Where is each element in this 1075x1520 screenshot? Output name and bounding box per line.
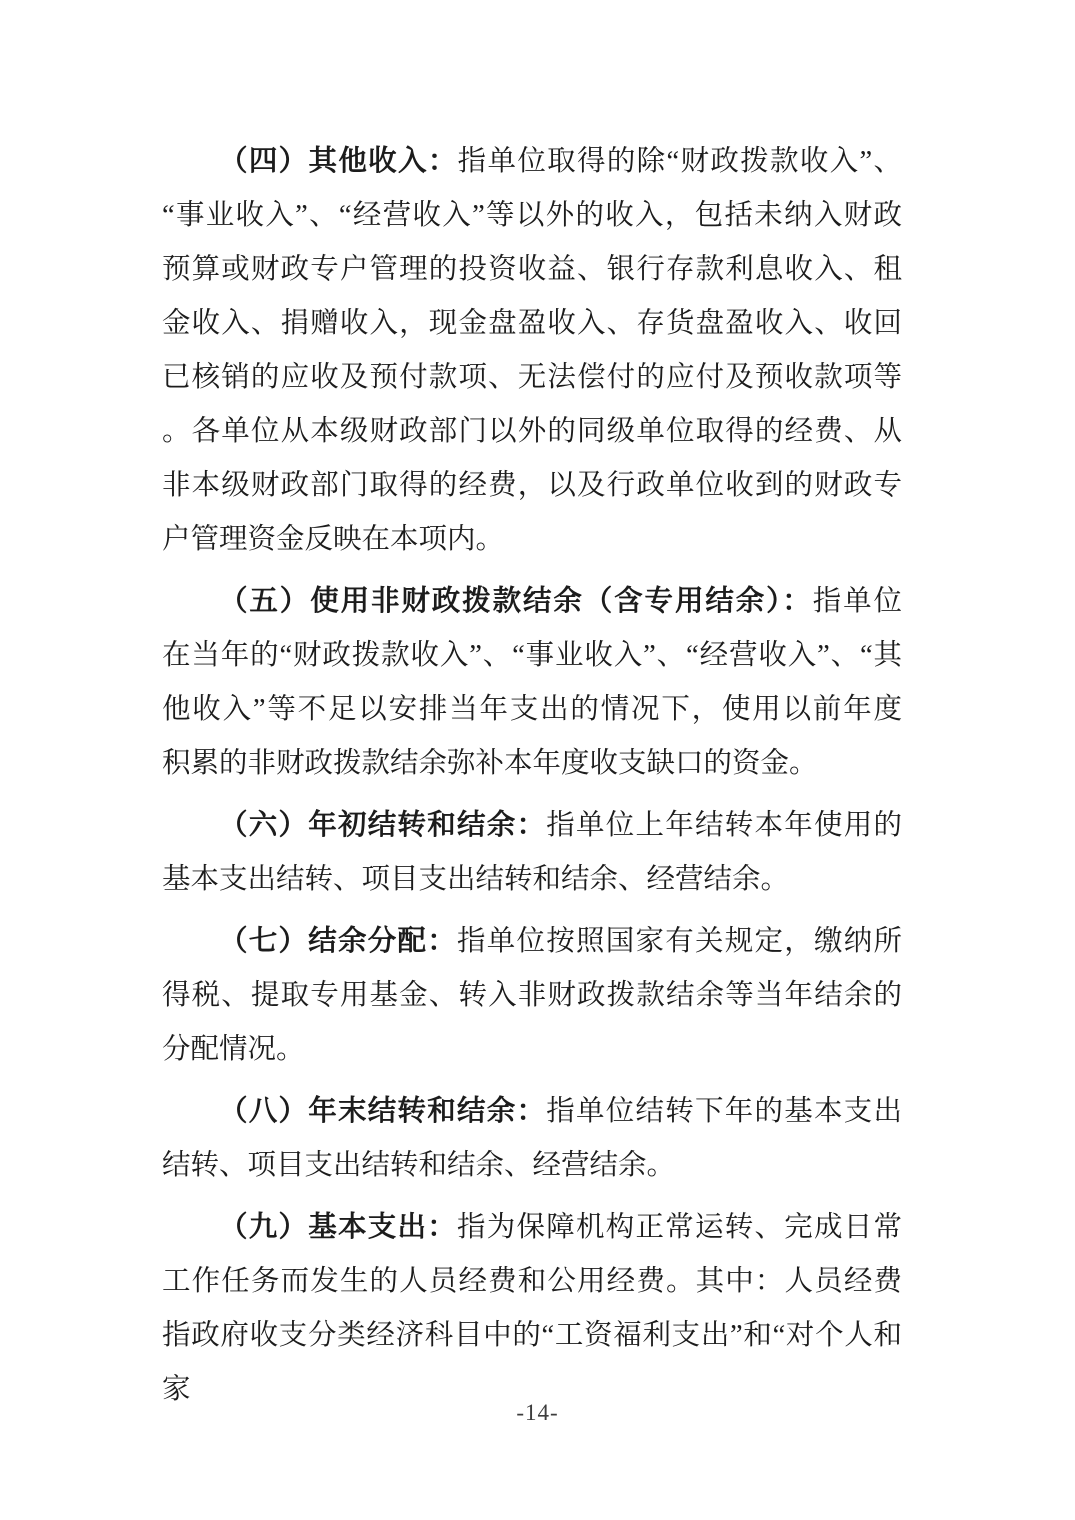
clause-text: 指单位 bbox=[813, 586, 902, 617]
clause-text: 工作任务而发生的人员经费和公用经费。其中：人员经费 bbox=[162, 1266, 902, 1297]
text-line: 指政府收支分类经济科目中的“工资福利支出”和“对个人和 bbox=[162, 1309, 902, 1363]
text-line: 得税、提取专用基金、转入非财政拨款结余等当年结余的 bbox=[162, 969, 902, 1023]
clause-text: 指单位上年结转本年使用的 bbox=[546, 810, 902, 841]
text-line: 预算或财政专户管理的投资收益、银行存款利息收入、租 bbox=[162, 243, 902, 297]
document-body: （四）其他收入：指单位取得的除“财政拨款收入”、“事业收入”、“经营收入”等以外… bbox=[162, 135, 902, 1417]
text-line: 他收入”等不足以安排当年支出的情况下，使用以前年度 bbox=[162, 683, 902, 737]
clause-text: “事业收入”、“经营收入”等以外的收入，包括未纳入财政 bbox=[162, 200, 902, 231]
page-footer: -14- bbox=[0, 1398, 1075, 1428]
clause-text: 非本级财政部门取得的经费，以及行政单位收到的财政专 bbox=[162, 470, 902, 501]
clause-heading: （四）其他收入： bbox=[219, 146, 458, 177]
clause-text: 指单位按照国家有关规定，缴纳所 bbox=[457, 926, 902, 957]
text-line: 。各单位从本级财政部门以外的同级单位取得的经费、从 bbox=[162, 405, 902, 459]
document-page: （四）其他收入：指单位取得的除“财政拨款收入”、“事业收入”、“经营收入”等以外… bbox=[0, 0, 1075, 1520]
clause-text: 基本支出结转、项目支出结转和结余、经营结余。 bbox=[162, 864, 789, 895]
clause-heading: （九）基本支出： bbox=[219, 1212, 457, 1243]
clause-text: 分配情况。 bbox=[162, 1034, 305, 1065]
clause-text: 预算或财政专户管理的投资收益、银行存款利息收入、租 bbox=[162, 254, 902, 285]
clause-text: 户管理资金反映在本项内。 bbox=[162, 524, 504, 555]
text-line: 结转、项目支出结转和结余、经营结余。 bbox=[162, 1139, 902, 1193]
clause-text: 指政府收支分类经济科目中的“工资福利支出”和“对个人和 bbox=[162, 1320, 902, 1351]
clause-text: 在当年的“财政拨款收入”、“事业收入”、“经营收入”、“其 bbox=[162, 640, 902, 671]
text-line: 已核销的应收及预付款项、无法偿付的应付及预收款项等 bbox=[162, 351, 902, 405]
text-line: 基本支出结转、项目支出结转和结余、经营结余。 bbox=[162, 853, 902, 907]
clause-text: 他收入”等不足以安排当年支出的情况下，使用以前年度 bbox=[162, 694, 902, 725]
clause-heading: （五）使用非财政拨款结余（含专用结余）： bbox=[219, 586, 813, 617]
clause-text: 。各单位从本级财政部门以外的同级单位取得的经费、从 bbox=[162, 416, 902, 447]
paragraph: （四）其他收入：指单位取得的除“财政拨款收入”、“事业收入”、“经营收入”等以外… bbox=[162, 135, 902, 567]
text-line: 户管理资金反映在本项内。 bbox=[162, 513, 902, 567]
clause-text: 指单位取得的除“财政拨款收入”、 bbox=[458, 146, 902, 177]
page-number: -14- bbox=[516, 1400, 558, 1425]
text-line: 分配情况。 bbox=[162, 1023, 902, 1077]
text-line: 非本级财政部门取得的经费，以及行政单位收到的财政专 bbox=[162, 459, 902, 513]
text-line: 积累的非财政拨款结余弥补本年度收支缺口的资金。 bbox=[162, 737, 902, 791]
paragraph: （七）结余分配：指单位按照国家有关规定，缴纳所得税、提取专用基金、转入非财政拨款… bbox=[162, 915, 902, 1077]
text-line: （六）年初结转和结余：指单位上年结转本年使用的 bbox=[162, 799, 902, 853]
text-line: 在当年的“财政拨款收入”、“事业收入”、“经营收入”、“其 bbox=[162, 629, 902, 683]
clause-text: 指为保障机构正常运转、完成日常 bbox=[457, 1212, 902, 1243]
text-line: 金收入、捐赠收入，现金盘盈收入、存货盘盈收入、收回 bbox=[162, 297, 902, 351]
text-line: 工作任务而发生的人员经费和公用经费。其中：人员经费 bbox=[162, 1255, 902, 1309]
paragraph: （六）年初结转和结余：指单位上年结转本年使用的基本支出结转、项目支出结转和结余、… bbox=[162, 799, 902, 907]
clause-text: 已核销的应收及预付款项、无法偿付的应付及预收款项等 bbox=[162, 362, 902, 393]
text-line: （九）基本支出：指为保障机构正常运转、完成日常 bbox=[162, 1201, 902, 1255]
text-line: （八）年末结转和结余：指单位结转下年的基本支出 bbox=[162, 1085, 902, 1139]
text-line: “事业收入”、“经营收入”等以外的收入，包括未纳入财政 bbox=[162, 189, 902, 243]
clause-text: 积累的非财政拨款结余弥补本年度收支缺口的资金。 bbox=[162, 748, 818, 779]
clause-heading: （六）年初结转和结余： bbox=[219, 810, 546, 841]
text-line: （四）其他收入：指单位取得的除“财政拨款收入”、 bbox=[162, 135, 902, 189]
clause-text: 结转、项目支出结转和结余、经营结余。 bbox=[162, 1150, 675, 1181]
text-line: （七）结余分配：指单位按照国家有关规定，缴纳所 bbox=[162, 915, 902, 969]
text-line: （五）使用非财政拨款结余（含专用结余）：指单位 bbox=[162, 575, 902, 629]
clause-text: 金收入、捐赠收入，现金盘盈收入、存货盘盈收入、收回 bbox=[162, 308, 902, 339]
paragraph: （五）使用非财政拨款结余（含专用结余）：指单位在当年的“财政拨款收入”、“事业收… bbox=[162, 575, 902, 791]
clause-heading: （七）结余分配： bbox=[219, 926, 457, 957]
paragraph: （八）年末结转和结余：指单位结转下年的基本支出结转、项目支出结转和结余、经营结余… bbox=[162, 1085, 902, 1193]
paragraph: （九）基本支出：指为保障机构正常运转、完成日常工作任务而发生的人员经费和公用经费… bbox=[162, 1201, 902, 1417]
clause-text: 指单位结转下年的基本支出 bbox=[546, 1096, 902, 1127]
clause-text: 得税、提取专用基金、转入非财政拨款结余等当年结余的 bbox=[162, 980, 902, 1011]
clause-heading: （八）年末结转和结余： bbox=[219, 1096, 546, 1127]
